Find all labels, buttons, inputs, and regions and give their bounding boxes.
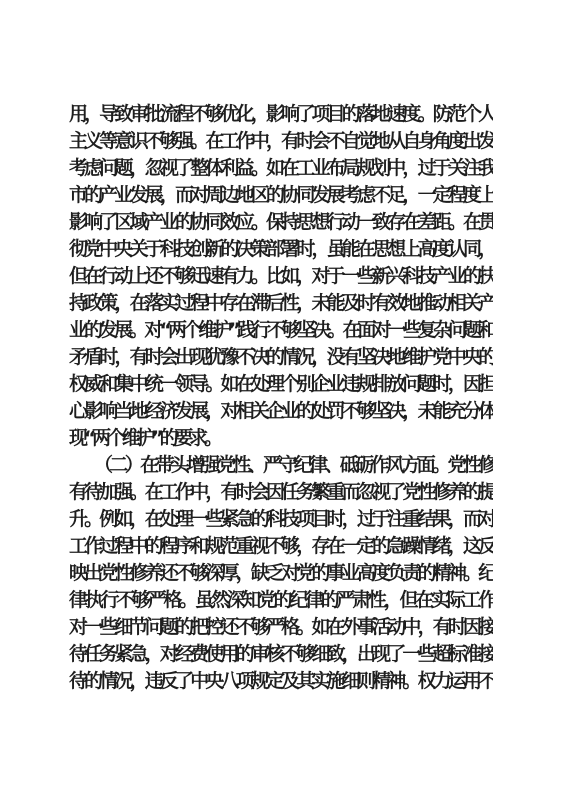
document-page: 用，导致审批流程不够优化，影响了项目的落地速度。防范个人 主义等意识不够强。在工… <box>0 0 570 807</box>
text-line: 彻党中央关于科技创新的决策部署时，虽能在思想上高度认同， <box>69 236 493 263</box>
text-line: 权威和集中统一领导。如在处理个别企业违规排放问题时，因担 <box>69 371 493 398</box>
text-line: 但在行动上还不够迅速有力。比如，对于一些新兴科技产业的扶 <box>69 263 493 290</box>
text-line: 对一些细节问题的把控还不够严格。如在外事活动中，有时因接 <box>69 614 493 641</box>
text-line: 心影响当地经济发展，对相关企业的处罚不够坚决，未能充分体 <box>69 398 493 425</box>
text-line: 现“两个维护”的要求。 <box>69 425 493 452</box>
text-line: （二）在带头增强党性、严守纪律、砥砺作风方面。党性修养 <box>69 452 493 479</box>
text-line: 市的产业发展，而对周边地区的协同发展考虑不足，一定程度上 <box>69 182 493 209</box>
text-line: 业的发展。对“两个维护”践行不够坚决。在面对一些复杂问题和 <box>69 317 493 344</box>
text-line: 主义等意识不够强。在工作中，有时会不自觉地从自身角度出发 <box>69 128 493 155</box>
document-text-block: 用，导致审批流程不够优化，影响了项目的落地速度。防范个人 主义等意识不够强。在工… <box>69 101 493 695</box>
paragraph-continuation: 用，导致审批流程不够优化，影响了项目的落地速度。防范个人 主义等意识不够强。在工… <box>69 101 493 452</box>
text-line: 映出党性修养还不够深厚，缺乏对党的事业高度负责的精神。纪 <box>69 560 493 587</box>
text-line: 律执行不够严格。虽然深知党的纪律的严肃性，但在实际工作中， <box>69 587 493 614</box>
text-line: 矛盾时，有时会出现犹豫不决的情况，没有坚决地维护党中央的 <box>69 344 493 371</box>
text-line: 有待加强。在工作中，有时会因任务繁重而忽视了党性修养的提 <box>69 479 493 506</box>
paragraph-section-two: （二）在带头增强党性、严守纪律、砥砺作风方面。党性修养 有待加强。在工作中，有时… <box>69 452 493 695</box>
text-line: 持政策，在落实过程中存在滞后性，未能及时有效地推动相关产 <box>69 290 493 317</box>
text-line: 用，导致审批流程不够优化，影响了项目的落地速度。防范个人 <box>69 101 493 128</box>
text-line: 待的情况，违反了中央八项规定及其实施细则精神。权力运用不 <box>69 668 493 695</box>
text-line: 工作过程中的程序和规范重视不够，存在一定的急躁情绪，这反 <box>69 533 493 560</box>
text-line: 升。例如，在处理一些紧急的科技项目时，过于注重结果，而对 <box>69 506 493 533</box>
text-line: 考虑问题，忽视了整体利益。如在工业布局规划中，过于关注我 <box>69 155 493 182</box>
text-line: 待任务紧急，对经费使用的审核不够细致，出现了一些超标准接 <box>69 641 493 668</box>
text-line: 影响了区域产业的协同效应。保持思想行动一致存在差距。在贯 <box>69 209 493 236</box>
